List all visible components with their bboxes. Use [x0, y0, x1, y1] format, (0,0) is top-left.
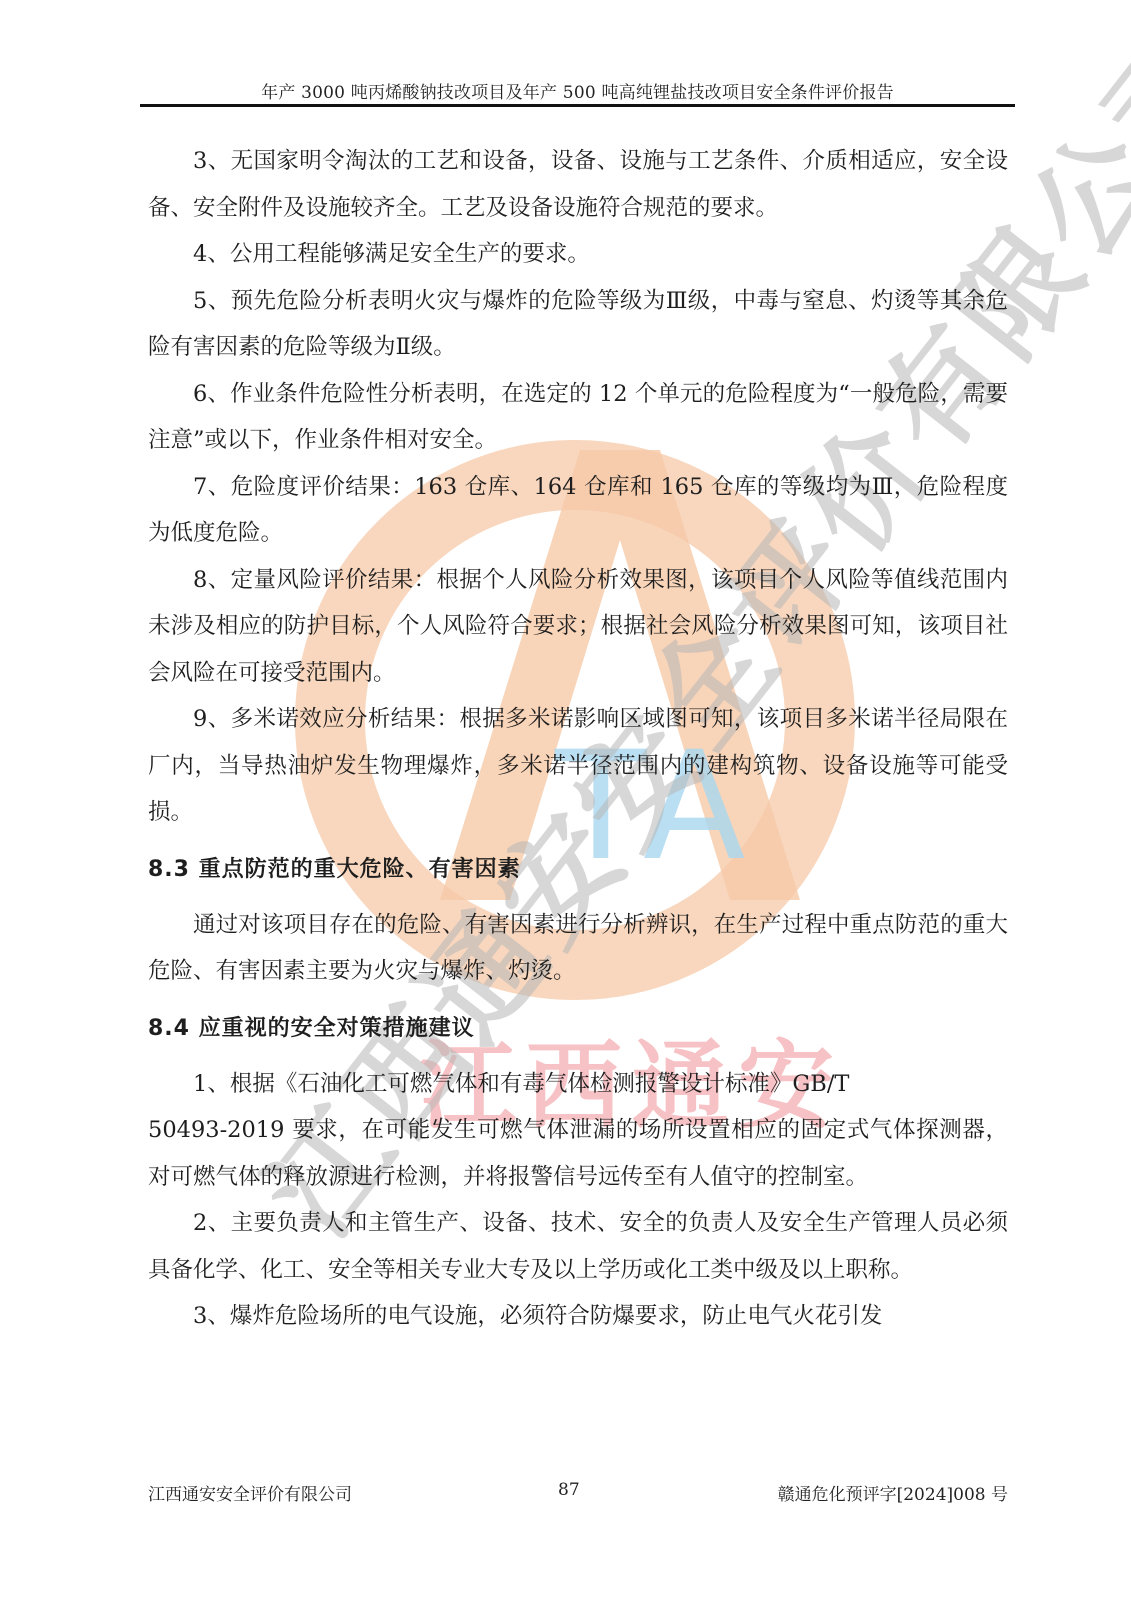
conclusion-item-3: 3、无国家明令淘汰的工艺和设备，设备、设施与工艺条件、介质相适应，安全设备、安全… [148, 138, 1008, 231]
page-footer: 江西通安安全评价有限公司 87 赣通危化预评字[2024]008 号 [148, 1480, 1008, 1505]
running-header: 年产 3000 吨丙烯酸钠技改项目及年产 500 吨高纯锂盐技改项目安全条件评价… [140, 78, 1015, 103]
conclusion-item-5: 5、预先危险分析表明火灾与爆炸的危险等级为Ⅲ级，中毒与窒息、灼烫等其余危险有害因… [148, 278, 1008, 371]
header-divider [140, 104, 1015, 107]
recommendation-item-2: 2、主要负责人和主管生产、设备、技术、安全的负责人及安全生产管理人员必须具备化学… [148, 1200, 1008, 1293]
footer-company: 江西通安安全评价有限公司 [148, 1480, 352, 1505]
conclusion-item-6: 6、作业条件危险性分析表明，在选定的 12 个单元的危险程度为“一般危险，需要注… [148, 371, 1008, 464]
recommendation-item-1: 1、根据《石油化工可燃气体和有毒气体检测报警设计标准》GB/T50493-201… [148, 1061, 1008, 1201]
conclusion-item-8: 8、定量风险评价结果：根据个人风险分析效果图，该项目个人风险等值线范围内未涉及相… [148, 557, 1008, 697]
page-content: 3、无国家明令淘汰的工艺和设备，设备、设施与工艺条件、介质相适应，安全设备、安全… [148, 138, 1008, 1340]
page-number: 87 [558, 1480, 580, 1500]
recommendation-item-3: 3、爆炸危险场所的电气设施，必须符合防爆要求，防止电气火花引发 [148, 1293, 1008, 1340]
section-heading-8-4: 8.4 应重视的安全对策措施建议 [148, 1001, 1008, 1057]
conclusion-item-7: 7、危险度评价结果：163 仓库、164 仓库和 165 仓库的等级均为Ⅲ，危险… [148, 464, 1008, 557]
section-heading-8-3: 8.3 重点防范的重大危险、有害因素 [148, 842, 1008, 898]
conclusion-item-4: 4、公用工程能够满足安全生产的要求。 [148, 231, 1008, 278]
section-8-3-paragraph: 通过对该项目存在的危险、有害因素进行分析辨识，在生产过程中重点防范的重大危险、有… [148, 902, 1008, 995]
footer-doc-number: 赣通危化预评字[2024]008 号 [778, 1480, 1008, 1505]
conclusion-item-9: 9、多米诺效应分析结果：根据多米诺影响区域图可知，该项目多米诺半径局限在厂内，当… [148, 696, 1008, 836]
